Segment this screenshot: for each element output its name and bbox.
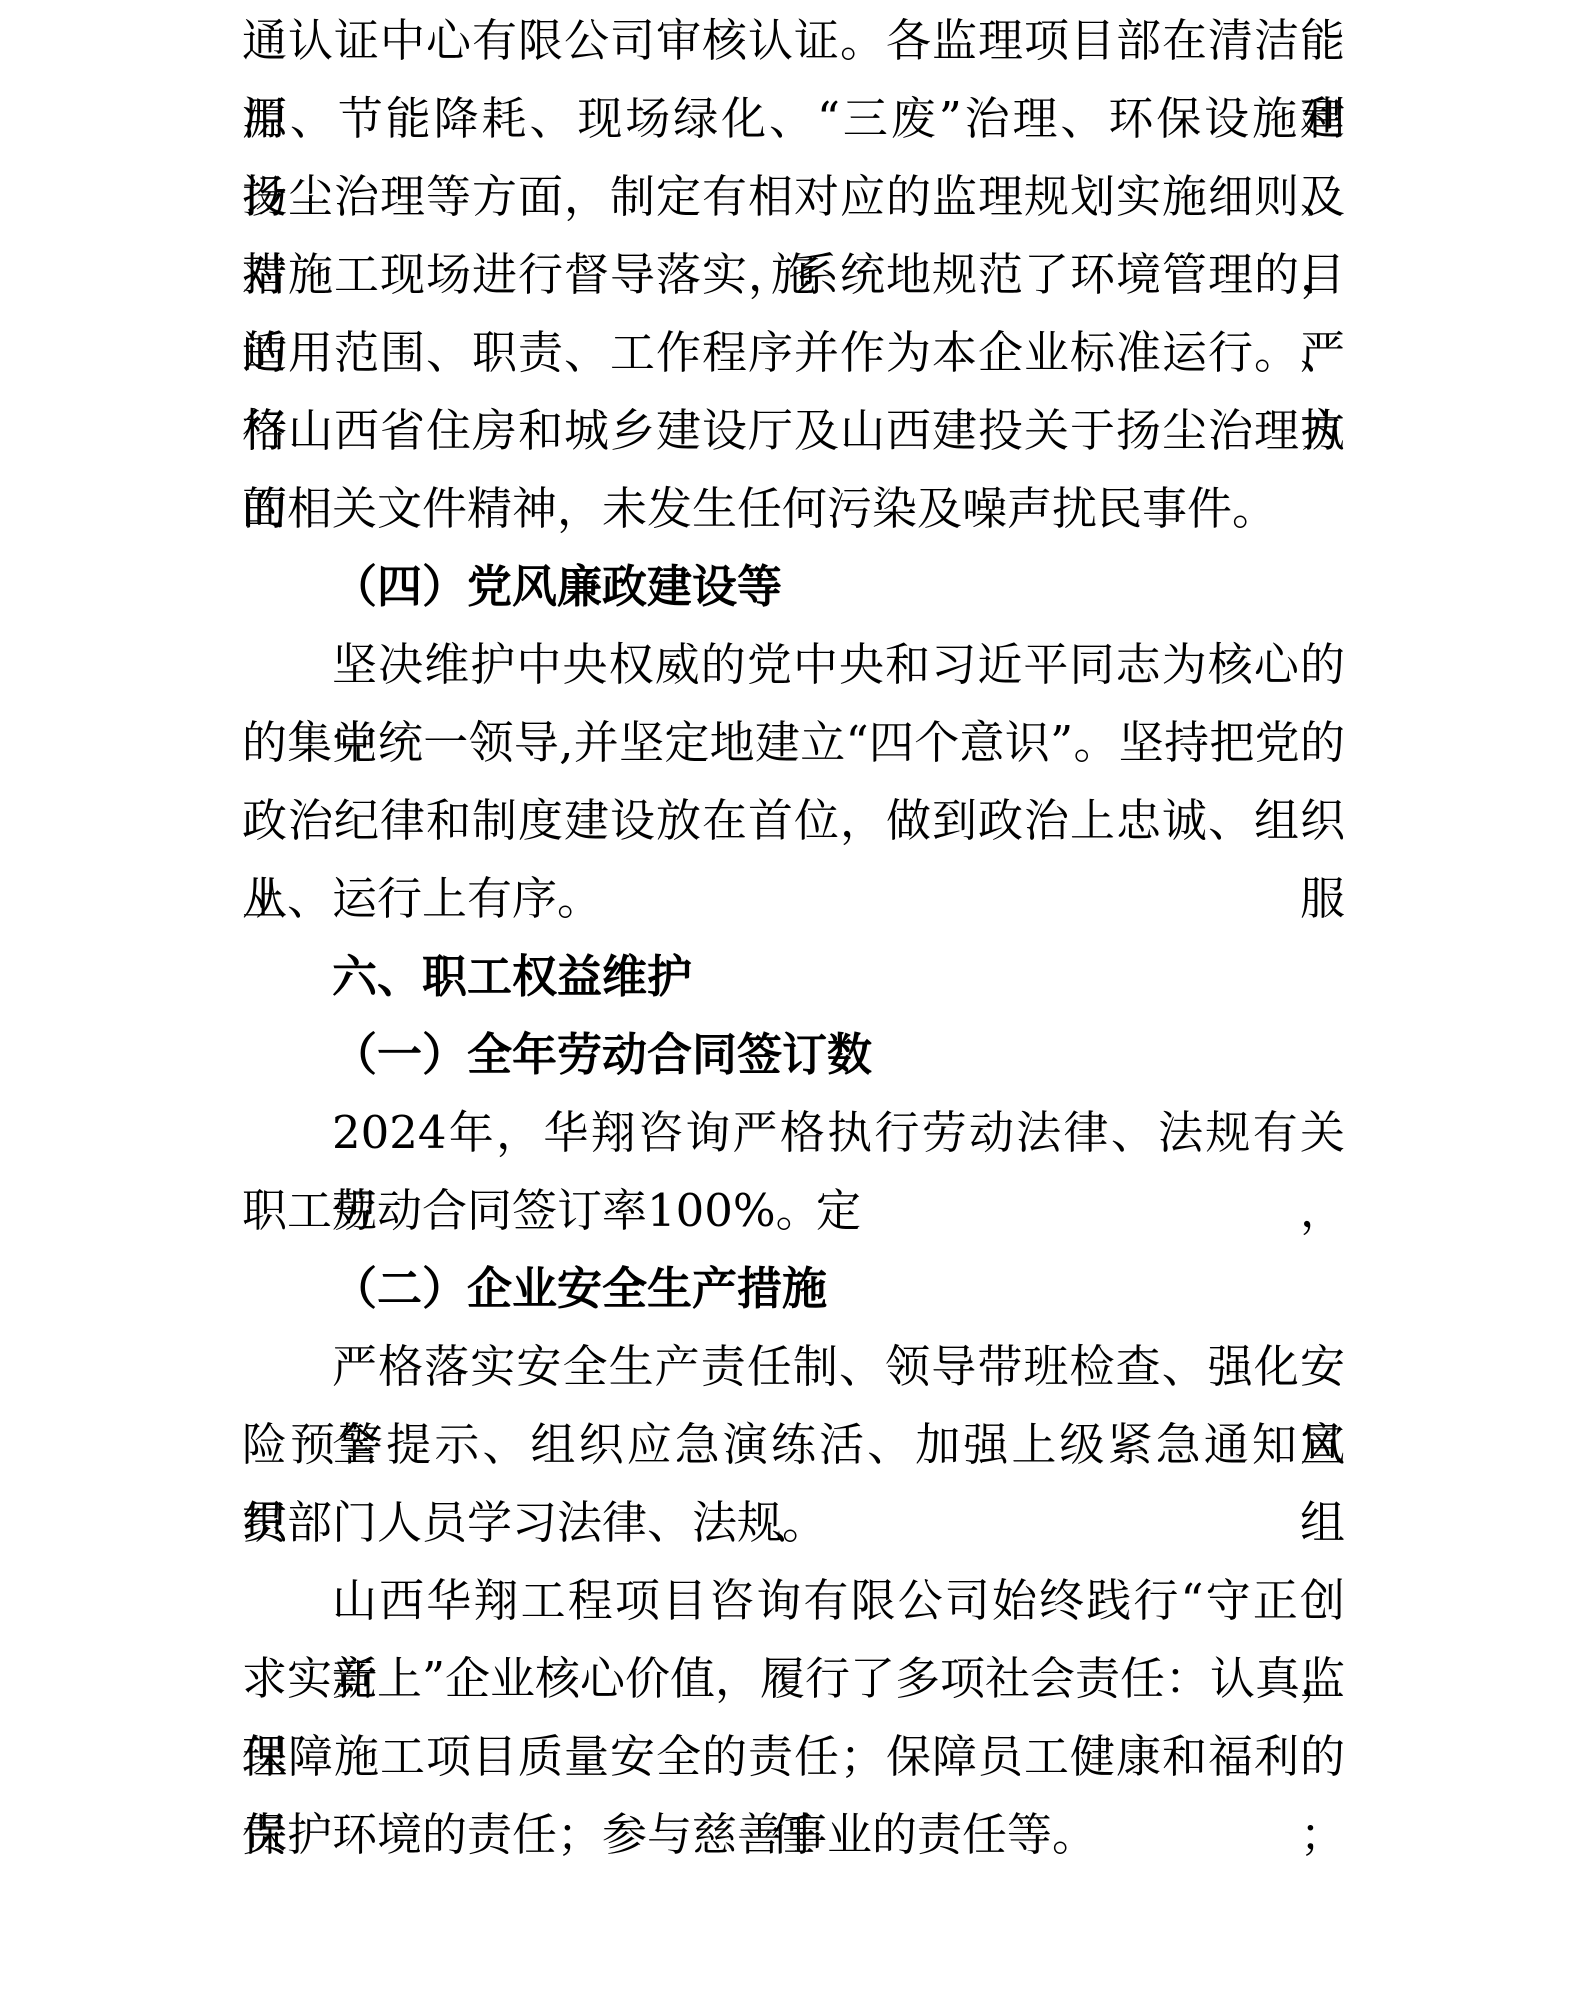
text-line: 扬尘治理等方面，制定有相对应的监理规划实施细则及措施， — [242, 158, 1345, 236]
text-line: （一）全年劳动合同签订数 — [242, 1016, 1345, 1094]
text-line: 保障施工项目质量安全的责任；保障员工健康和福利的责任； — [242, 1718, 1345, 1796]
document-page: 通认证中心有限公司审核认证。各监理项目部在清洁能源利用、节能降耗、现场绿化、“三… — [0, 0, 1586, 1997]
text-line: 山西华翔工程项目咨询有限公司始终践行“守正创新， — [242, 1562, 1345, 1640]
paragraph-safety-measures: 严格落实安全生产责任制、领导带班检查、强化安全风险预警提示、组织应急演练活、加强… — [242, 1328, 1345, 1562]
text-line: （二）企业安全生产措施 — [242, 1250, 1345, 1328]
text-line: 2024年，华翔咨询严格执行劳动法律、法规有关规定， — [242, 1094, 1345, 1172]
text-line: 六、职工权益维护 — [242, 938, 1345, 1016]
text-line: 通认证中心有限公司审核认证。各监理项目部在清洁能源利 — [242, 2, 1345, 80]
text-line: 严格落实安全生产责任制、领导带班检查、强化安全风 — [242, 1328, 1345, 1406]
text-line: 的集中统一领导,并坚定地建立“四个意识”。坚持把党的 — [242, 704, 1345, 782]
text-line: 的相关文件精神，未发生任何污染及噪声扰民事件。 — [242, 470, 1345, 548]
text-line: 求实竞上”企业核心价值，履行了多项社会责任：认真监理 — [242, 1640, 1345, 1718]
text-line: 对施工现场进行督导落实，系统地规范了环境管理的目的、 — [242, 236, 1345, 314]
section-heading-employee-rights: 六、职工权益维护 — [242, 938, 1345, 1016]
text-line: 行山西省住房和城乡建设厅及山西建投关于扬尘治理方面 — [242, 392, 1345, 470]
text-line: （四）党风廉政建设等 — [242, 548, 1345, 626]
subsection-heading-labor-contracts: （一）全年劳动合同签订数 — [242, 1016, 1345, 1094]
paragraph-social-responsibility: 山西华翔工程项目咨询有限公司始终践行“守正创新，求实竞上”企业核心价值，履行了多… — [242, 1562, 1345, 1874]
subsection-heading-party-conduct: （四）党风廉政建设等 — [242, 548, 1345, 626]
text-line: 适用范围、职责、工作程序并作为本企业标准运行。严格执 — [242, 314, 1345, 392]
text-line: 坚决维护中央权威的党中央和习近平同志为核心的党 — [242, 626, 1345, 704]
document-content: 通认证中心有限公司审核认证。各监理项目部在清洁能源利用、节能降耗、现场绿化、“三… — [242, 2, 1345, 1874]
paragraph-party-leadership: 坚决维护中央权威的党中央和习近平同志为核心的党的集中统一领导,并坚定地建立“四个… — [242, 626, 1345, 938]
paragraph-labor-contracts: 2024年，华翔咨询严格执行劳动法律、法规有关规定，职工劳动合同签订率100%。 — [242, 1094, 1345, 1250]
text-line: 险预警提示、组织应急演练活、加强上级紧急通知宣贯、组 — [242, 1406, 1345, 1484]
text-line: 用、节能降耗、现场绿化、“三废”治理、环保设施建设、 — [242, 80, 1345, 158]
paragraph-environment-management: 通认证中心有限公司审核认证。各监理项目部在清洁能源利用、节能降耗、现场绿化、“三… — [242, 2, 1345, 548]
text-line: 政治纪律和制度建设放在首位，做到政治上忠诚、组织上服 — [242, 782, 1345, 860]
subsection-heading-safety-measures: （二）企业安全生产措施 — [242, 1250, 1345, 1328]
